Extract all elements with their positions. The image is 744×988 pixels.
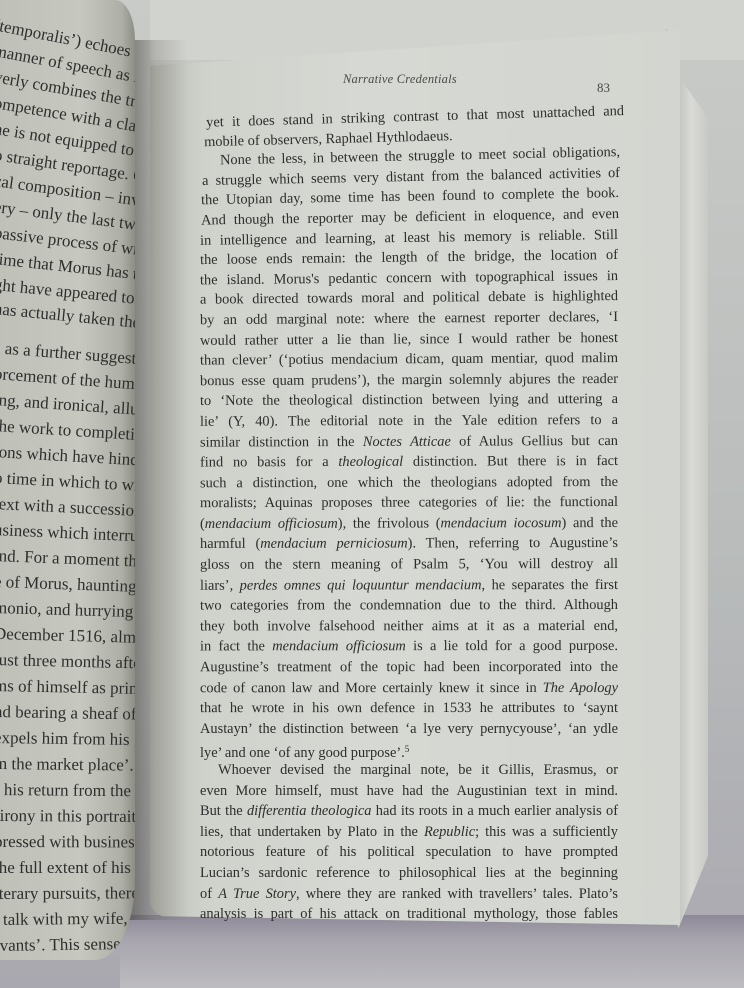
text-line: Augustine’s treatment of the topic had b…: [200, 657, 618, 678]
text-line: to ‘Note the theological distinction bet…: [200, 389, 618, 412]
text-line: liars’, perdes omnes qui loquuntur menda…: [200, 575, 618, 596]
text-line: lie’ (Y, 40). The editorial note in the …: [200, 410, 618, 432]
left-text-line: expels him from his: [0, 725, 130, 754]
left-text-line: t talk with my wife,: [0, 906, 128, 934]
text-line: code of canon law and More certainly kne…: [200, 678, 618, 699]
text-line: But the differentia theologica had its r…: [200, 801, 618, 822]
text-line: in fact the mendacium officiosum is a li…: [200, 636, 618, 657]
text-line: by an odd marginal note: where the earne…: [200, 307, 618, 331]
text-line: that he wrote in his own defence in 1533…: [200, 698, 618, 719]
gutter-shadow: [128, 40, 188, 920]
text-line: Lucian’s sardonic reference to philosoph…: [200, 863, 618, 884]
text-line: gloss on the stern meaning of Psalm 5, ‘…: [200, 554, 618, 575]
left-page: (temporalis’) echoes the casualmanner of…: [0, 0, 135, 960]
left-text-line: iterary pursuits, there: [0, 880, 135, 907]
text-line: bonus esse quam prudens’), the margin so…: [200, 369, 618, 392]
text-line: Whoever devised the marginal note, be it…: [200, 760, 618, 781]
text-line: Austayn’ the distinction between ‘a lye …: [200, 719, 618, 740]
text-line: similar distinction in the Noctes Attica…: [200, 431, 618, 453]
text-line: of A True Story, where they are ranked w…: [200, 884, 618, 905]
text-line: they both involve falsehood neither aims…: [200, 616, 618, 637]
text-line: lye’ and one ‘of any good purpose’.5: [200, 739, 618, 760]
left-text-line: rvants’. This sense of: [0, 931, 135, 960]
text-line: moralists; Aquinas proposes three catego…: [200, 492, 618, 514]
text-line: (mendacium officiosum), the frivolous (m…: [200, 513, 618, 535]
text-line: analysis is part of his attack on tradit…: [200, 904, 618, 925]
running-head: Narrative Credentials: [343, 72, 457, 87]
left-text-line: in the market place’.: [0, 751, 134, 779]
left-text-line: nd bearing a sheaf of: [0, 699, 135, 728]
text-line: notorious feature of his political specu…: [200, 842, 618, 863]
text-line: such a distinction, one which the theolo…: [200, 472, 618, 494]
book-photo: (temporalis’) echoes the casualmanner of…: [0, 0, 744, 988]
table-shadow: [120, 915, 744, 988]
body-text: yet it does stand in striking contrast t…: [200, 101, 618, 925]
text-line: find no basis for a theological distinct…: [200, 451, 618, 473]
left-text-line: r his return from the: [0, 777, 131, 805]
left-text-line: -irony in this portrait: [0, 803, 135, 830]
left-text-line: ms of himself as prince: [0, 673, 135, 703]
left-text-line: pressed with business: [0, 829, 135, 856]
text-line: lies, that undertaken by Plato in the Re…: [200, 822, 618, 843]
text-line: harmful (mendacium perniciosum). Then, r…: [200, 533, 618, 554]
text-line: than clever’ (‘potius mendacium dicam, q…: [200, 348, 618, 371]
text-line: two categories from the condemnation due…: [200, 595, 618, 616]
left-text-line: the full extent of his: [0, 855, 131, 882]
page-number: 83: [597, 80, 610, 96]
text-line: even More himself, must have had the Aug…: [200, 781, 618, 802]
